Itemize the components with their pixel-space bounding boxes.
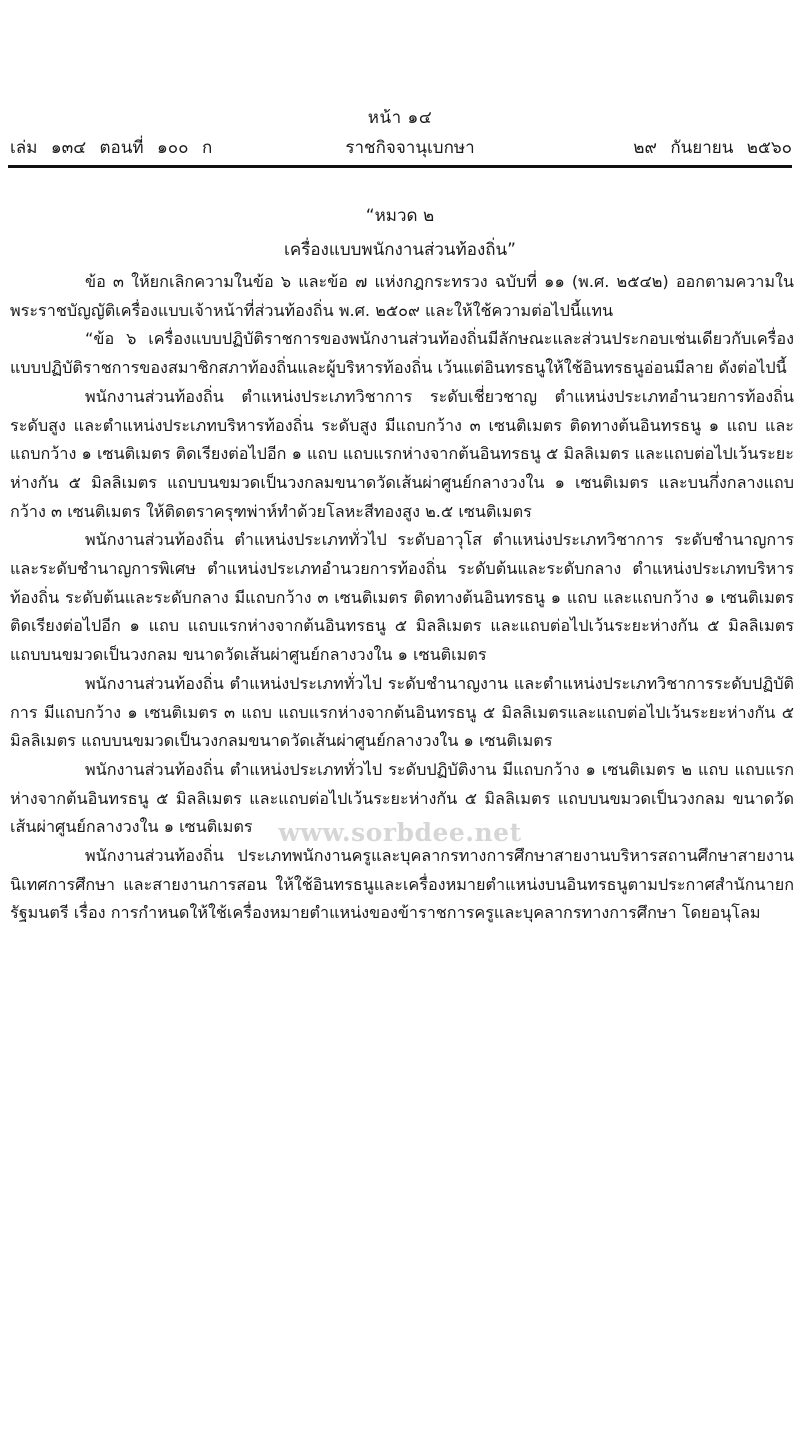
paragraph-practitioner-level: พนักงานส่วนท้องถิ่น ตำแหน่งประเภททั่วไป … xyxy=(10,670,794,756)
paragraph-mid-level: พนักงานส่วนท้องถิ่น ตำแหน่งประเภททั่วไป … xyxy=(10,526,794,670)
running-header: เล่ม ๑๓๔ ตอนที่ ๑๐๐ ก ราชกิจจานุเบกษา ๒๙… xyxy=(10,134,792,160)
chapter-number: “หมวด ๒ xyxy=(0,202,800,229)
chapter-heading: เครื่องแบบพนักงานส่วนท้องถิ่น” xyxy=(0,236,800,263)
paragraph-clause-3: ข้อ ๓ ให้ยกเลิกความในข้อ ๖ และข้อ ๗ แห่ง… xyxy=(10,268,794,325)
gazette-page: หน้า ๑๔ เล่ม ๑๓๔ ตอนที่ ๑๐๐ ก ราชกิจจานุ… xyxy=(0,0,800,1441)
header-divider xyxy=(8,165,792,168)
paragraph-senior-level: พนักงานส่วนท้องถิ่น ตำแหน่งประเภทวิชาการ… xyxy=(10,383,794,527)
paragraph-clause-6: “ข้อ ๖ เครื่องแบบปฏิบัติราชการของพนักงาน… xyxy=(10,325,794,382)
document-body: ข้อ ๓ ให้ยกเลิกความในข้อ ๖ และข้อ ๗ แห่ง… xyxy=(10,268,794,928)
page-number: หน้า ๑๔ xyxy=(0,104,800,131)
publication-date: ๒๙ กันยายน ๒๕๖๐ xyxy=(633,134,792,161)
paragraph-teachers: พนักงานส่วนท้องถิ่น ประเภทพนักงานครูและบ… xyxy=(10,842,794,928)
paragraph-operational-level: พนักงานส่วนท้องถิ่น ตำแหน่งประเภททั่วไป … xyxy=(10,756,794,842)
